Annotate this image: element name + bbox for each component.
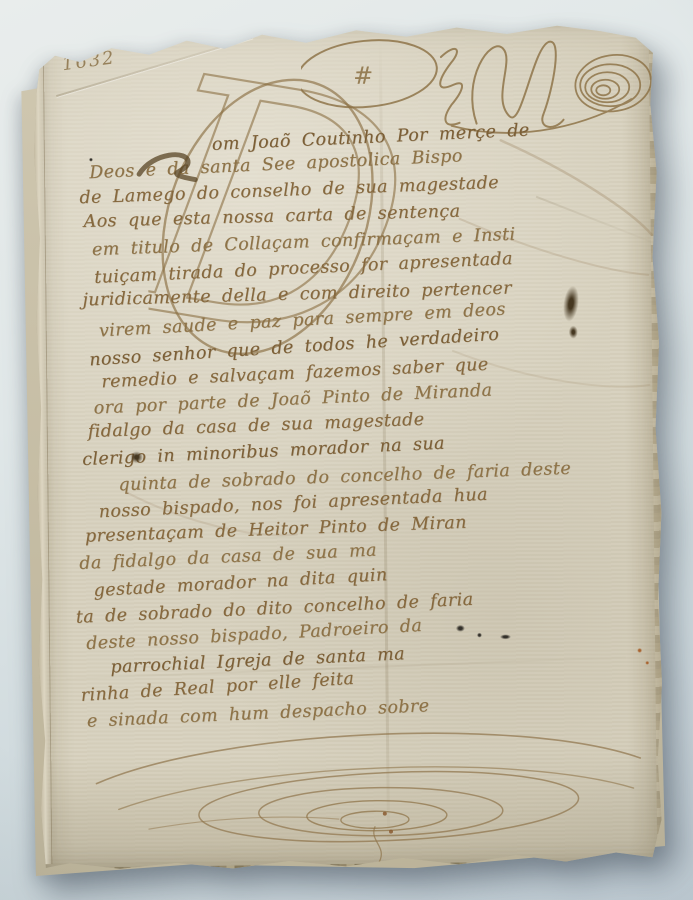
paper-stack: 1632 D (0, 0, 693, 900)
ink-showthrough (30, 19, 667, 878)
bold-rubric-stroke (139, 155, 195, 181)
rust-spot (645, 661, 649, 665)
ink-spot (89, 158, 93, 162)
ink-blot (569, 326, 578, 339)
ink-blot (130, 451, 143, 463)
ink-spot (477, 633, 482, 638)
rust-spot (637, 648, 642, 653)
photograph: 1632 D (0, 0, 693, 900)
ink-spot (456, 625, 465, 632)
manuscript-page: 1632 D (30, 19, 667, 878)
